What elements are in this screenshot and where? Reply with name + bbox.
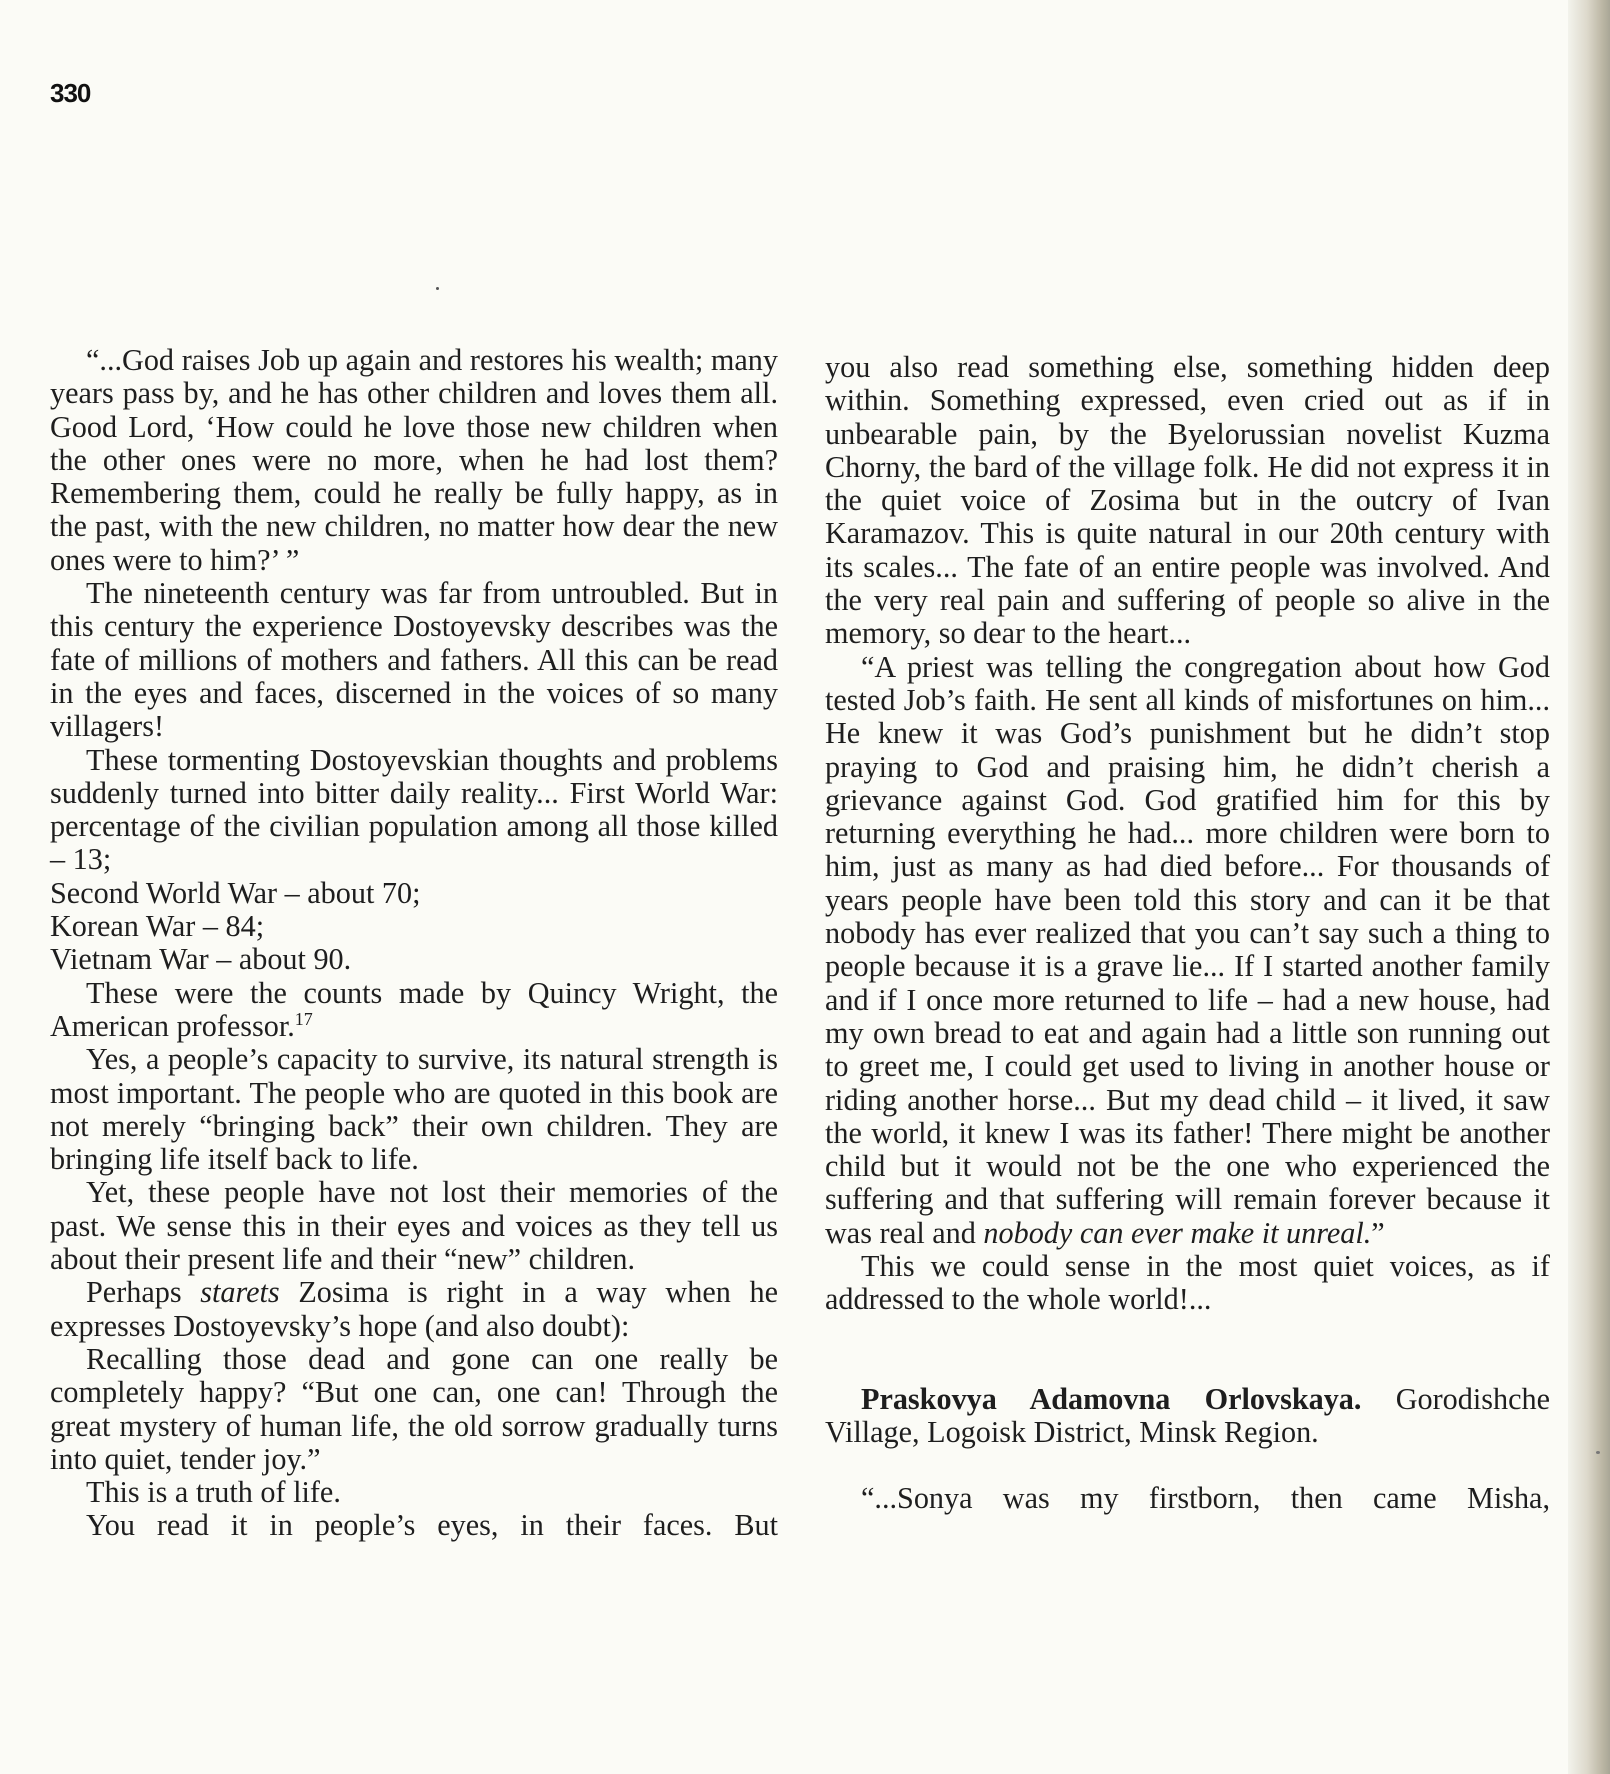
left-column: “...God raises Job up again and restores…	[50, 344, 778, 1543]
paragraph-text: ”	[1371, 1216, 1384, 1250]
paragraph-quiet-voices: This we could sense in the most quiet vo…	[825, 1250, 1550, 1317]
paragraph-truth-of-life: This is a truth of life.	[50, 1476, 778, 1509]
paragraph-sonya-quote: “...Sonya was my firstborn, then came Mi…	[825, 1482, 1550, 1515]
paragraph-capacity-to-survive: Yes, a people’s capacity to survive, its…	[50, 1043, 778, 1176]
paragraph-starets-zosima: Perhaps starets Zosima is right in a way…	[50, 1276, 778, 1343]
paragraph-recalling: Recalling those dead and gone can one re…	[50, 1343, 778, 1476]
footnote-marker: 17	[295, 1009, 313, 1029]
paragraph-nineteenth-century: The nineteenth century was far from untr…	[50, 577, 778, 743]
scan-speck	[436, 287, 439, 290]
speaker-name: Praskovya Adamovna Orlovskaya.	[861, 1382, 1361, 1416]
paragraph-text: Perhaps	[86, 1275, 200, 1309]
paragraph-read-in-eyes: You read it in people’s eyes, in their f…	[50, 1509, 778, 1542]
statistic-second-world-war: Second World War – about 70;	[50, 877, 778, 910]
paragraph-job-quote: “...God raises Job up again and restores…	[50, 344, 778, 577]
page-binding-shadow	[1568, 0, 1610, 1774]
paragraph-tormenting-thoughts: These tormenting Dostoyevskian thoughts …	[50, 744, 778, 877]
page-number: 330	[50, 78, 90, 109]
paragraph-text: “A priest was telling the congregation a…	[825, 650, 1550, 1250]
scan-speck	[1596, 1451, 1600, 1454]
statistic-vietnam-war: Vietnam War – about 90.	[50, 943, 778, 976]
paragraph-priest-quote: “A priest was telling the congregation a…	[825, 651, 1550, 1250]
paragraph-text: These were the counts made by Quincy Wri…	[50, 976, 778, 1043]
italic-term: starets	[200, 1275, 279, 1309]
section-heading-orlovskaya: Praskovya Adamovna Orlovskaya. Gorodishc…	[825, 1383, 1550, 1450]
paragraph-quincy-wright: These were the counts made by Quincy Wri…	[50, 977, 778, 1044]
paragraph-something-hidden: you also read something else, something …	[825, 351, 1550, 651]
right-column: you also read something else, something …	[825, 351, 1550, 1516]
italic-emphasis: nobody can ever make it unreal.	[983, 1216, 1371, 1250]
paragraph-memories: Yet, these people have not lost their me…	[50, 1176, 778, 1276]
statistic-korean-war: Korean War – 84;	[50, 910, 778, 943]
